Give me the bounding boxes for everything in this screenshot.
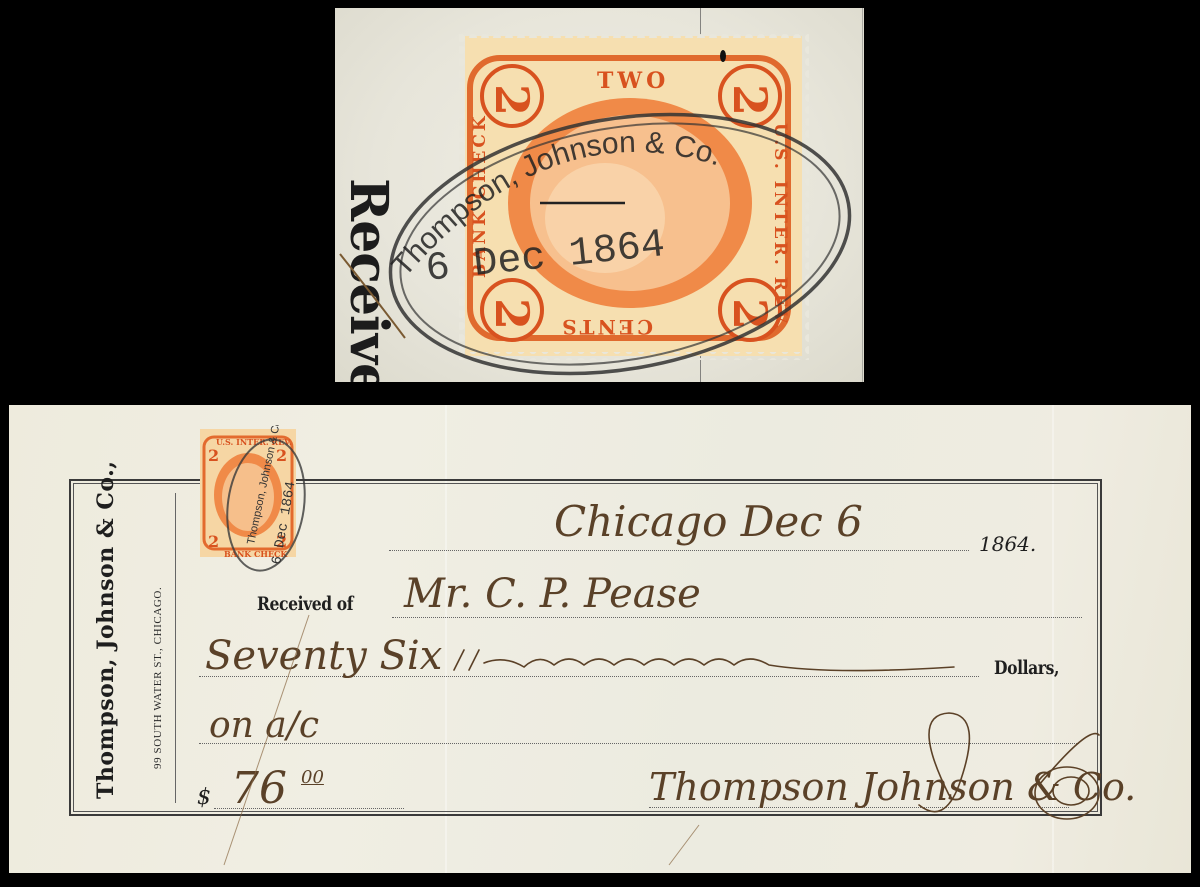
svg-text:CENTS: CENTS (559, 315, 653, 339)
revenue-stamp-enlarged: 2 2 2 2 TWO U.S. INTER. REV. BANK CHECK … (335, 8, 864, 382)
svg-text:2: 2 (723, 298, 777, 330)
svg-text:2: 2 (723, 84, 777, 116)
svg-text:U.S. INTER. REV.: U.S. INTER. REV. (770, 123, 790, 332)
pen-strokes (9, 405, 1191, 873)
receipt-document: Thompson, Johnson & Co., 99 SOUTH WATER … (9, 405, 1191, 873)
stamp-detail-panel: Receive 2 2 2 2 TWO U.S. (335, 8, 864, 382)
svg-text:2: 2 (485, 298, 539, 330)
svg-text:TWO: TWO (597, 68, 669, 94)
svg-text:2: 2 (485, 84, 539, 116)
